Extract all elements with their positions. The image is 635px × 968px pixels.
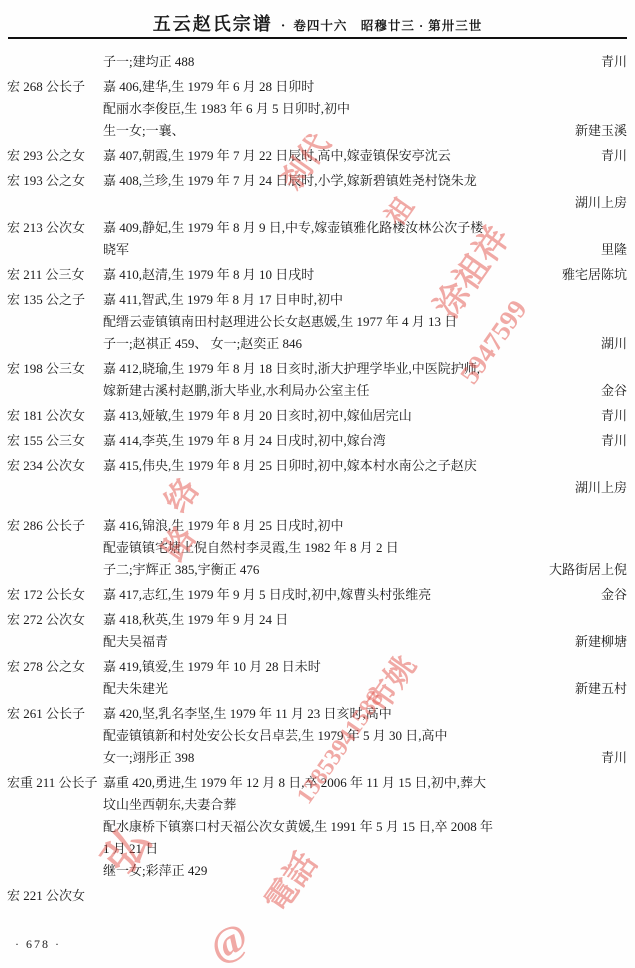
entry-label: 宏 211 公三女 — [0, 264, 103, 286]
entry-lines: 嘉 411,智武,生 1979 年 8 月 17 日申时,初中配缙云壶镇镇南田村… — [103, 289, 635, 355]
line-text: 嘉 418,秋英,生 1979 年 9 月 24 日 — [103, 609, 288, 631]
residence-place-label — [617, 311, 627, 333]
entry-line: 嘉 417,志红,生 1979 年 9 月 5 日戌时,初中,嫁曹头村张维亮金谷 — [103, 584, 627, 606]
entry-label: 宏 268 公长子 — [0, 76, 103, 142]
line-text: 坟山坐西朝东,夫妻合葬 — [103, 794, 236, 816]
entry-label: 宏 221 公次女 — [0, 885, 103, 907]
line-text: 配缙云壶镇镇南田村赵理进公长女赵惠媛,生 1977 年 4 月 13 日 — [103, 311, 457, 333]
line-text: 嘉 416,锦浪,生 1979 年 8 月 25 日戌时,初中 — [103, 515, 344, 537]
line-text: 嘉 411,智武,生 1979 年 8 月 17 日申时,初中 — [103, 289, 343, 311]
entry-lines: 嘉 413,娅敏,生 1979 年 8 月 20 日亥时,初中,嫁仙居完山青川 — [103, 405, 635, 427]
line-text: 配丽水李俊臣,生 1983 年 6 月 5 日卯时,初中 — [103, 98, 350, 120]
line-text: 继一女;彩萍正 429 — [103, 860, 207, 882]
residence-place-label: 大路街居上倪 — [539, 559, 627, 581]
entry-row: 宏 155 公三女嘉 414,李英,生 1979 年 8 月 24 日戌时,初中… — [0, 430, 635, 452]
entry-line: 生一女;一襄、新建玉溪 — [103, 120, 627, 142]
book-title: 五云赵氏宗谱 — [153, 14, 273, 34]
entry-label: 宏 198 公三女 — [0, 358, 103, 402]
entry-line: 嘉 410,赵清,生 1979 年 8 月 10 日戌时雅宅居陈坑 — [103, 264, 627, 286]
residence-place-label — [617, 455, 627, 477]
entry-lines: 嘉 415,伟央,生 1979 年 8 月 25 日卯时,初中,嫁本村水南公之子… — [103, 455, 635, 499]
entry-row: 宏 211 公三女嘉 410,赵清,生 1979 年 8 月 10 日戌时雅宅居… — [0, 264, 635, 286]
residence-place-label: 雅宅居陈坑 — [552, 264, 627, 286]
line-text: 子二;宇辉正 385,宇衡正 476 — [103, 559, 259, 581]
entry-line: 女一;翊彤正 398青川 — [103, 747, 627, 769]
line-text: 嘉 409,静妃,生 1979 年 8 月 9 日,中专,嫁壶镇雅化路楼汝林公次… — [103, 217, 483, 239]
entry-row: 宏重 211 公长子嘉重 420,勇进,生 1979 年 12 月 8 日,卒 … — [0, 772, 635, 882]
line-text: 配夫朱建光 — [103, 678, 168, 700]
entry-label: 宏 261 公长子 — [0, 703, 103, 769]
entry-line: 湖川上房 — [103, 477, 627, 499]
entry-row: 宏 286 公长子嘉 416,锦浪,生 1979 年 8 月 25 日戌时,初中… — [0, 515, 635, 581]
entry-line: 嘉 416,锦浪,生 1979 年 8 月 25 日戌时,初中 — [103, 515, 627, 537]
line-text: 嘉 406,建华,生 1979 年 6 月 28 日卯时 — [103, 76, 314, 98]
entry-row: 宏 213 公次女嘉 409,静妃,生 1979 年 8 月 9 日,中专,嫁壶… — [0, 217, 635, 261]
genealogy-entries-list: 子一;建均正 488青川宏 268 公长子嘉 406,建华,生 1979 年 6… — [0, 48, 635, 907]
entry-lines: 嘉 417,志红,生 1979 年 9 月 5 日戌时,初中,嫁曹头村张维亮金谷 — [103, 584, 635, 606]
entry-label: 宏 234 公次女 — [0, 455, 103, 499]
line-text: 配夫吴福青 — [103, 631, 168, 653]
residence-place-label — [617, 725, 627, 747]
residence-place-label: 青川 — [591, 405, 627, 427]
entry-row: 宏 172 公长女嘉 417,志红,生 1979 年 9 月 5 日戌时,初中,… — [0, 584, 635, 606]
residence-place-label: 湖川 — [591, 333, 627, 355]
entry-lines: 嘉 420,坚,乳名李坚,生 1979 年 11 月 23 日亥时,高中配壶镇镇… — [103, 703, 635, 769]
residence-place-label — [617, 656, 627, 678]
entry-line: 嘉 406,建华,生 1979 年 6 月 28 日卯时 — [103, 76, 627, 98]
entry-line: 晓军里隆 — [103, 239, 627, 261]
entry-label: 宏重 211 公长子 — [0, 772, 103, 882]
entry-line: 1 月 21 日 — [103, 838, 627, 860]
residence-place-label: 青川 — [591, 51, 627, 73]
residence-place-label — [617, 794, 627, 816]
line-text: 子一;建均正 488 — [103, 51, 194, 73]
entry-line: 嘉 409,静妃,生 1979 年 8 月 9 日,中专,嫁壶镇雅化路楼汝林公次… — [103, 217, 627, 239]
entry-line: 嘉 415,伟央,生 1979 年 8 月 25 日卯时,初中,嫁本村水南公之子… — [103, 455, 627, 477]
residence-place-label: 湖川上房 — [565, 477, 627, 499]
entry-line: 嘉 419,镇爱,生 1979 年 10 月 28 日未时 — [103, 656, 627, 678]
entry-label: 宏 272 公次女 — [0, 609, 103, 653]
entry-lines — [103, 885, 635, 907]
entry-label — [0, 51, 103, 73]
residence-place-label — [617, 860, 627, 882]
residence-place-label — [617, 217, 627, 239]
line-text: 1 月 21 日 — [103, 838, 158, 860]
residence-place-label — [617, 515, 627, 537]
entry-line: 嘉 412,晓瑜,生 1979 年 8 月 18 日亥时,浙大护理学毕业,中医院… — [103, 358, 627, 380]
title-separator-dot: · — [281, 19, 286, 34]
entry-label: 宏 135 公之子 — [0, 289, 103, 355]
entry-line: 嘉 414,李英,生 1979 年 8 月 24 日戌时,初中,嫁台湾青川 — [103, 430, 627, 452]
entry-line: 配壶镇镇宅塘上倪自然村李灵霞,生 1982 年 8 月 2 日 — [103, 537, 627, 559]
residence-place-label: 新建玉溪 — [565, 120, 627, 142]
line-text: 配壶镇镇新和村处安公长女吕卓芸,生 1979 年 5 月 30 日,高中 — [103, 725, 448, 747]
entry-lines: 嘉 409,静妃,生 1979 年 8 月 9 日,中专,嫁壶镇雅化路楼汝林公次… — [103, 217, 635, 261]
watermark-fragment: @ — [202, 912, 256, 968]
header-rule — [8, 37, 627, 39]
entry-row: 宏 272 公次女嘉 418,秋英,生 1979 年 9 月 24 日配夫吴福青… — [0, 609, 635, 653]
line-text: 配壶镇镇宅塘上倪自然村李灵霞,生 1982 年 8 月 2 日 — [103, 537, 399, 559]
residence-place-label: 湖川上房 — [565, 192, 627, 214]
line-text: 嘉 408,兰珍,生 1979 年 7 月 24 日辰时,小学,嫁新碧镇姓尧村饶… — [103, 170, 477, 192]
line-text: 嘉 420,坚,乳名李坚,生 1979 年 11 月 23 日亥时,高中 — [103, 703, 392, 725]
entry-row: 宏 198 公三女嘉 412,晓瑜,生 1979 年 8 月 18 日亥时,浙大… — [0, 358, 635, 402]
entry-row: 宏 181 公次女嘉 413,娅敏,生 1979 年 8 月 20 日亥时,初中… — [0, 405, 635, 427]
volume-generation-subtitle: 卷四十六 昭穆廿三 · 第卅三世 — [293, 19, 482, 33]
entry-lines: 嘉 410,赵清,生 1979 年 8 月 10 日戌时雅宅居陈坑 — [103, 264, 635, 286]
entry-line: 配壶镇镇新和村处安公长女吕卓芸,生 1979 年 5 月 30 日,高中 — [103, 725, 627, 747]
residence-place-label: 青川 — [591, 430, 627, 452]
line-text: 嘉 407,朝霞,生 1979 年 7 月 22 日辰时,高中,嫁壶镇保安亭沈云 — [103, 145, 451, 167]
residence-place-label — [617, 358, 627, 380]
entry-line: 配夫朱建光新建五村 — [103, 678, 627, 700]
entry-line: 嘉 407,朝霞,生 1979 年 7 月 22 日辰时,高中,嫁壶镇保安亭沈云… — [103, 145, 627, 167]
entry-line: 配缙云壶镇镇南田村赵理进公长女赵惠媛,生 1977 年 4 月 13 日 — [103, 311, 627, 333]
line-text: 嘉 410,赵清,生 1979 年 8 月 10 日戌时 — [103, 264, 314, 286]
line-text: 嘉 412,晓瑜,生 1979 年 8 月 18 日亥时,浙大护理学毕业,中医院… — [103, 358, 480, 380]
line-text: 嫁新建古溪村赵鹏,浙大毕业,水利局办公室主任 — [103, 380, 370, 402]
entry-lines: 嘉 408,兰珍,生 1979 年 7 月 24 日辰时,小学,嫁新碧镇姓尧村饶… — [103, 170, 635, 214]
residence-place-label: 青川 — [591, 145, 627, 167]
residence-place-label — [617, 838, 627, 860]
entry-line: 嘉 418,秋英,生 1979 年 9 月 24 日 — [103, 609, 627, 631]
entry-label: 宏 193 公之女 — [0, 170, 103, 214]
page-number: · 678 · — [15, 937, 61, 952]
entry-line: 子二;宇辉正 385,宇衡正 476大路街居上倪 — [103, 559, 627, 581]
entry-lines: 嘉 416,锦浪,生 1979 年 8 月 25 日戌时,初中配壶镇镇宅塘上倪自… — [103, 515, 635, 581]
entry-row: 宏 268 公长子嘉 406,建华,生 1979 年 6 月 28 日卯时配丽水… — [0, 76, 635, 142]
entry-lines: 嘉 414,李英,生 1979 年 8 月 24 日戌时,初中,嫁台湾青川 — [103, 430, 635, 452]
entry-label: 宏 213 公次女 — [0, 217, 103, 261]
residence-place-label: 金谷 — [591, 584, 627, 606]
entry-label: 宏 181 公次女 — [0, 405, 103, 427]
entry-line: 嘉 413,娅敏,生 1979 年 8 月 20 日亥时,初中,嫁仙居完山青川 — [103, 405, 627, 427]
entry-line: 继一女;彩萍正 429 — [103, 860, 627, 882]
line-text: 女一;翊彤正 398 — [103, 747, 194, 769]
entry-line: 子一;建均正 488青川 — [103, 51, 627, 73]
line-text: 子一;赵祺正 459、 女一;赵奕正 846 — [103, 333, 302, 355]
residence-place-label — [617, 816, 627, 838]
entry-line: 配水康桥下镇寨口村天福公次女黄媛,生 1991 年 5 月 15 日,卒 200… — [103, 816, 627, 838]
residence-place-label — [617, 772, 627, 794]
line-text: 嘉 417,志红,生 1979 年 9 月 5 日戌时,初中,嫁曹头村张维亮 — [103, 584, 431, 606]
entry-row: 宏 135 公之子嘉 411,智武,生 1979 年 8 月 17 日申时,初中… — [0, 289, 635, 355]
entry-lines: 嘉重 420,勇进,生 1979 年 12 月 8 日,卒 2006 年 11 … — [103, 772, 635, 882]
entry-line: 嘉 411,智武,生 1979 年 8 月 17 日申时,初中 — [103, 289, 627, 311]
genealogy-page: 五云赵氏宗谱 · 卷四十六 昭穆廿三 · 第卅三世 子一;建均正 488青川宏 … — [0, 0, 635, 968]
entry-label: 宏 293 公之女 — [0, 145, 103, 167]
line-text: 嘉 414,李英,生 1979 年 8 月 24 日戌时,初中,嫁台湾 — [103, 430, 386, 452]
entry-line: 子一;赵祺正 459、 女一;赵奕正 846湖川 — [103, 333, 627, 355]
residence-place-label: 里隆 — [591, 239, 627, 261]
entry-label: 宏 172 公长女 — [0, 584, 103, 606]
residence-place-label — [617, 289, 627, 311]
entry-row: 子一;建均正 488青川 — [0, 51, 635, 73]
residence-place-label: 新建五村 — [565, 678, 627, 700]
line-text: 配水康桥下镇寨口村天福公次女黄媛,生 1991 年 5 月 15 日,卒 200… — [103, 816, 493, 838]
entry-row: 宏 234 公次女嘉 415,伟央,生 1979 年 8 月 25 日卯时,初中… — [0, 455, 635, 499]
entry-row: 宏 278 公之女嘉 419,镇爱,生 1979 年 10 月 28 日未时配夫… — [0, 656, 635, 700]
line-text: 嘉 419,镇爱,生 1979 年 10 月 28 日未时 — [103, 656, 321, 678]
residence-place-label — [617, 609, 627, 631]
line-text: 嘉 415,伟央,生 1979 年 8 月 25 日卯时,初中,嫁本村水南公之子… — [103, 455, 477, 477]
line-text: 生一女;一襄、 — [103, 120, 185, 142]
entry-line: 配丽水李俊臣,生 1983 年 6 月 5 日卯时,初中 — [103, 98, 627, 120]
entry-line: 嘉 408,兰珍,生 1979 年 7 月 24 日辰时,小学,嫁新碧镇姓尧村饶… — [103, 170, 627, 192]
entry-label: 宏 155 公三女 — [0, 430, 103, 452]
residence-place-label — [617, 703, 627, 725]
line-text: 嘉 413,娅敏,生 1979 年 8 月 20 日亥时,初中,嫁仙居完山 — [103, 405, 412, 427]
entry-line: 湖川上房 — [103, 192, 627, 214]
entry-lines: 嘉 406,建华,生 1979 年 6 月 28 日卯时配丽水李俊臣,生 198… — [103, 76, 635, 142]
entry-lines: 嘉 412,晓瑜,生 1979 年 8 月 18 日亥时,浙大护理学毕业,中医院… — [103, 358, 635, 402]
entry-row: 宏 261 公长子嘉 420,坚,乳名李坚,生 1979 年 11 月 23 日… — [0, 703, 635, 769]
entry-line: 配夫吴福青新建柳塘 — [103, 631, 627, 653]
entry-line: 嘉重 420,勇进,生 1979 年 12 月 8 日,卒 2006 年 11 … — [103, 772, 627, 794]
line-text: 晓军 — [103, 239, 129, 261]
residence-place-label — [617, 98, 627, 120]
entry-label: 宏 278 公之女 — [0, 656, 103, 700]
entry-row: 宏 293 公之女嘉 407,朝霞,生 1979 年 7 月 22 日辰时,高中… — [0, 145, 635, 167]
page-header: 五云赵氏宗谱 · 卷四十六 昭穆廿三 · 第卅三世 — [0, 10, 635, 36]
entry-line: 坟山坐西朝东,夫妻合葬 — [103, 794, 627, 816]
residence-place-label: 青川 — [591, 747, 627, 769]
line-text: 嘉重 420,勇进,生 1979 年 12 月 8 日,卒 2006 年 11 … — [103, 772, 486, 794]
residence-place-label: 金谷 — [591, 380, 627, 402]
entry-line: 嘉 420,坚,乳名李坚,生 1979 年 11 月 23 日亥时,高中 — [103, 703, 627, 725]
entry-lines: 嘉 419,镇爱,生 1979 年 10 月 28 日未时配夫朱建光新建五村 — [103, 656, 635, 700]
entry-lines: 嘉 407,朝霞,生 1979 年 7 月 22 日辰时,高中,嫁壶镇保安亭沈云… — [103, 145, 635, 167]
entry-lines: 嘉 418,秋英,生 1979 年 9 月 24 日配夫吴福青新建柳塘 — [103, 609, 635, 653]
entry-line: 嫁新建古溪村赵鹏,浙大毕业,水利局办公室主任金谷 — [103, 380, 627, 402]
residence-place-label: 新建柳塘 — [565, 631, 627, 653]
entry-lines: 子一;建均正 488青川 — [103, 51, 635, 73]
entry-label: 宏 286 公长子 — [0, 515, 103, 581]
entry-row: 宏 193 公之女嘉 408,兰珍,生 1979 年 7 月 24 日辰时,小学… — [0, 170, 635, 214]
residence-place-label — [617, 170, 627, 192]
residence-place-label — [617, 76, 627, 98]
entry-row: 宏 221 公次女 — [0, 885, 635, 907]
residence-place-label — [617, 537, 627, 559]
